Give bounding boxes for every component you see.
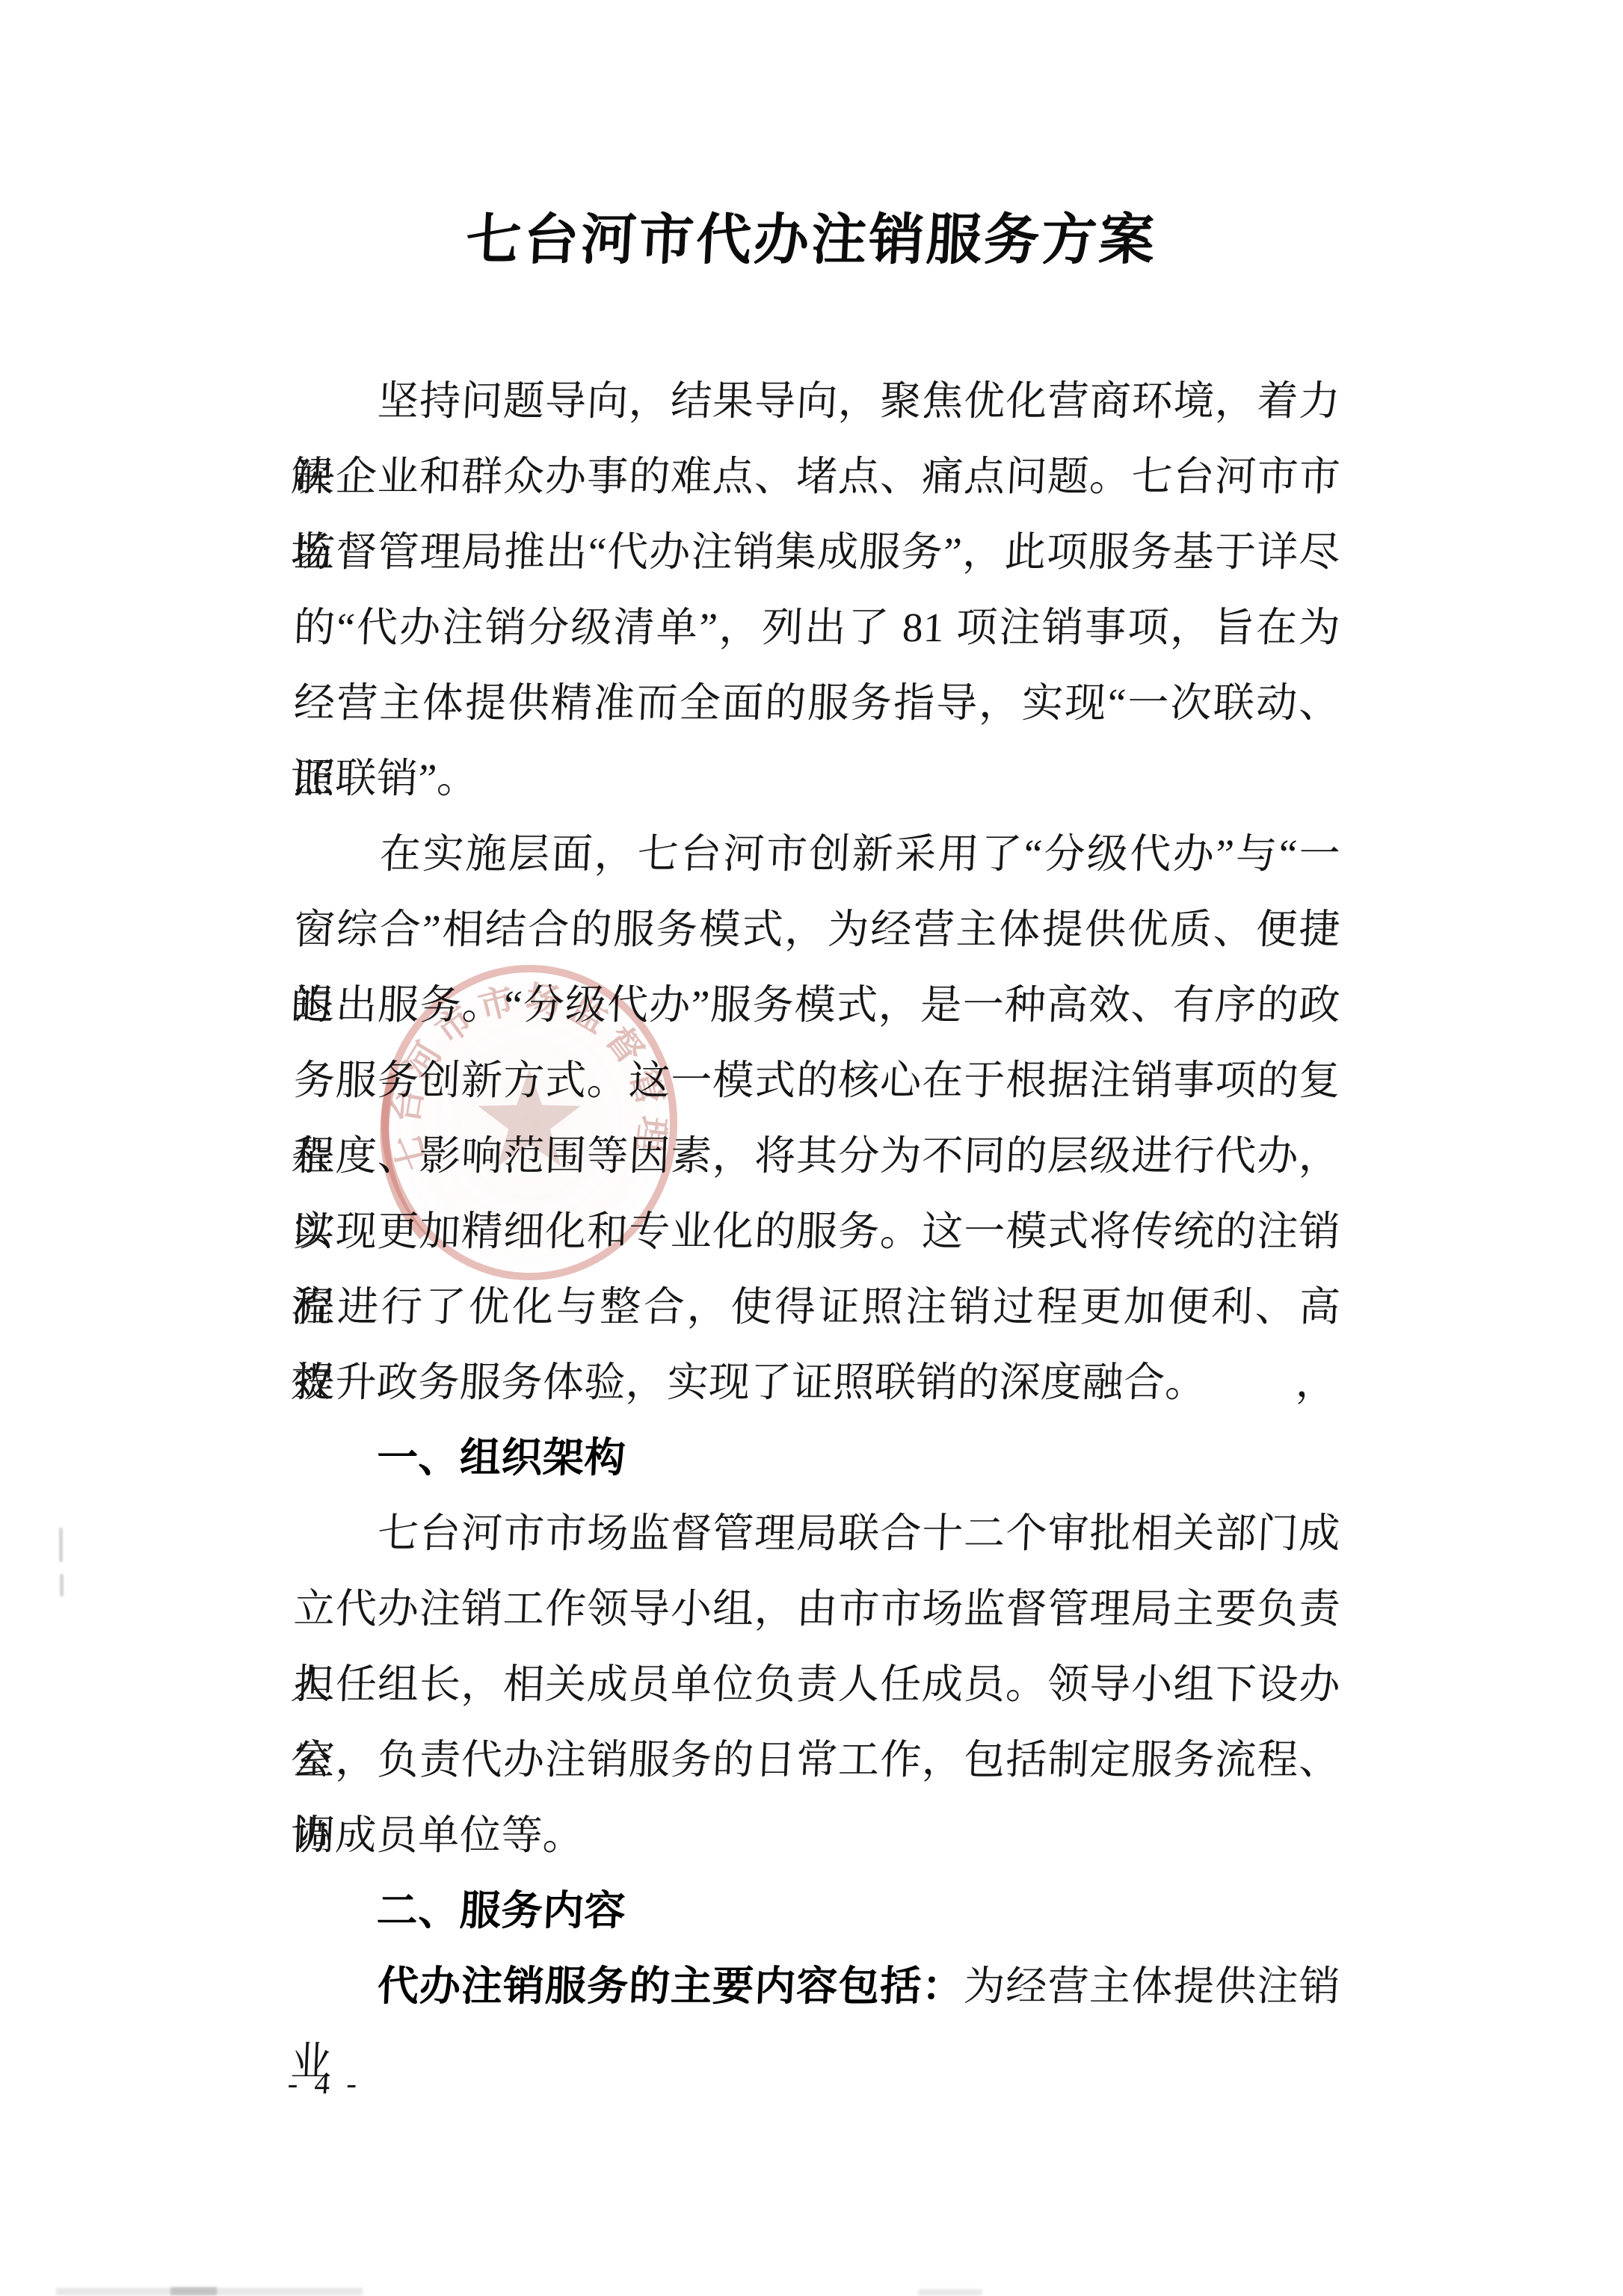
body-line: 在实施层面，七台河市创新采用了“分级代办”与“一 bbox=[292, 816, 1342, 892]
page-title: 七台河市代办注销服务方案 bbox=[0, 196, 1623, 275]
body-line: 坚持问题导向，结果导向，聚焦优化营商环境，着力解 bbox=[292, 363, 1342, 439]
body-line: 调成员单位等。 bbox=[292, 1797, 1342, 1873]
body-line: 务服务创新方式。这一模式的核心在于根据注销事项的复杂 bbox=[292, 1043, 1342, 1118]
body-line: 的“代办注销分级清单”，列出了 81 项注销事项，旨在为 bbox=[292, 590, 1342, 665]
scan-artifact bbox=[918, 2289, 982, 2295]
body-line: 担任组长，相关成员单位负责人任成员。领导小组下设办公 bbox=[292, 1647, 1342, 1722]
section-heading-service-content: 二、服务内容 bbox=[292, 1873, 1342, 1948]
scan-artifact bbox=[60, 1574, 64, 1596]
body-line: 提升政务服务体验，实现了证照联销的深度融合。 bbox=[292, 1345, 1342, 1420]
body-line: 程进行了优化与整合，使得证照注销过程更加便利、高效， bbox=[292, 1269, 1342, 1345]
body-line: 照联销”。 bbox=[292, 741, 1342, 816]
body-line: 实现更加精细化和专业化的服务。这一模式将传统的注销流 bbox=[292, 1194, 1342, 1269]
body-line: 经营主体提供精准而全面的服务指导，实现“一次联动、证 bbox=[292, 665, 1342, 741]
body-line: 代办注销服务的主要内容包括：为经营主体提供注销业 bbox=[292, 1948, 1342, 2024]
body-line: 监督管理局推出“代办注销集成服务”，此项服务基于详尽 bbox=[292, 514, 1342, 590]
page-number: - 4 - bbox=[286, 2065, 363, 2101]
body-line: 七台河市市场监督管理局联合十二个审批相关部门成 bbox=[292, 1496, 1342, 1571]
body-line: 立代办注销工作领导小组，由市市场监督管理局主要负责人 bbox=[292, 1571, 1342, 1647]
body-text: 坚持问题导向，结果导向，聚焦优化营商环境，着力解 决企业和群众办事的难点、堵点、… bbox=[294, 363, 1340, 2024]
bold-lead-in: 代办注销服务的主要内容包括： bbox=[293, 1963, 965, 2009]
body-line: 退出服务。“分级代办”服务模式，是一种高效、有序的政 bbox=[292, 967, 1342, 1043]
section-heading-organization: 一、组织架构 bbox=[292, 1420, 1342, 1496]
body-line: 决企业和群众办事的难点、堵点、痛点问题。七台河市市场 bbox=[292, 439, 1342, 514]
scan-artifact bbox=[170, 2287, 217, 2295]
body-line: 窗综合”相结合的服务模式，为经营主体提供优质、便捷的 bbox=[292, 892, 1342, 967]
body-line: 室，负责代办注销服务的日常工作，包括制定服务流程、协 bbox=[292, 1722, 1342, 1797]
document-page: 七台河市代办注销服务方案 坚持问题导向，结果导向，聚焦优化营商环境，着力解 决企… bbox=[0, 0, 1623, 2296]
scan-artifact bbox=[59, 1528, 63, 1562]
body-line: 程度、影响范围等因素，将其分为不同的层级进行代办，以 bbox=[292, 1118, 1342, 1194]
